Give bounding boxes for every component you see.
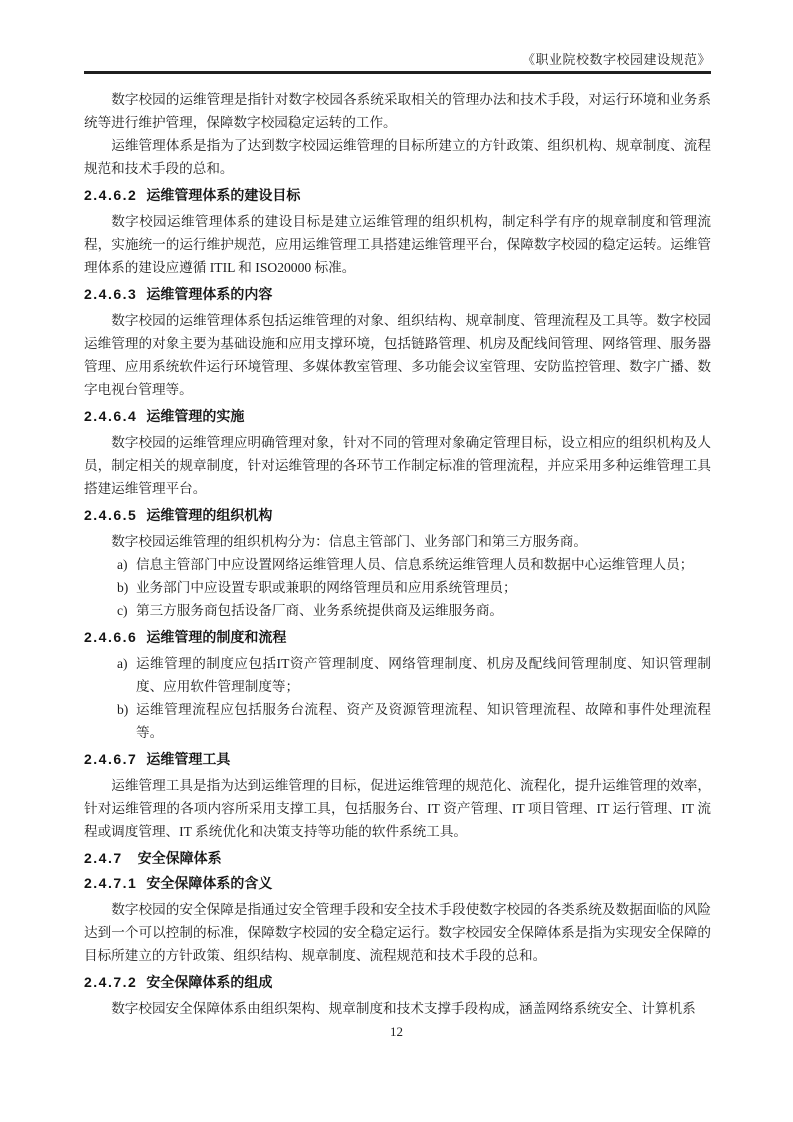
document-page: 《职业院校数字校园建设规范》 数字校园的运维管理是指针对数字校园各系统采取相关的…	[0, 0, 793, 1122]
section-heading-2-4-7-2: 2.4.7.2安全保障体系的组成	[84, 972, 711, 992]
heading-title: 运维管理的制度和流程	[146, 629, 286, 645]
page-header: 《职业院校数字校园建设规范》	[84, 52, 711, 74]
section-heading-2-4-6-7: 2.4.6.7运维管理工具	[84, 749, 711, 769]
paragraph: 数字校园运维管理的组织机构分为：信息主管部门、业务部门和第三方服务商。	[84, 530, 711, 553]
heading-number: 2.4.6.5	[84, 507, 137, 523]
heading-title: 运维管理工具	[146, 751, 230, 767]
paragraph: 数字校园的运维管理体系包括运维管理的对象、组织结构、规章制度、管理流程及工具等。…	[84, 309, 711, 401]
page-footer: 12	[0, 1024, 793, 1040]
heading-number: 2.4.7	[84, 850, 123, 866]
section-heading-2-4-6-3: 2.4.6.3运维管理体系的内容	[84, 284, 711, 304]
heading-number: 2.4.6.7	[84, 751, 137, 767]
list-marker: a)	[117, 652, 136, 698]
heading-number: 2.4.6.6	[84, 629, 137, 645]
heading-title: 运维管理体系的建设目标	[146, 187, 300, 203]
list-marker: a)	[117, 553, 136, 576]
heading-number: 2.4.6.2	[84, 187, 137, 203]
ordered-letter-list: a)运维管理的制度应包括IT资产管理制度、网络管理制度、机房及配线间管理制度、知…	[117, 652, 711, 744]
heading-title: 安全保障体系的含义	[146, 875, 272, 891]
paragraph: 数字校园的安全保障是指通过安全管理手段和安全技术手段使数字校园的各类系统及数据面…	[84, 898, 711, 967]
heading-title: 安全保障体系的组成	[146, 974, 272, 990]
ordered-letter-list: a)信息主管部门中应设置网络运维管理人员、信息系统运维管理人员和数据中心运维管理…	[117, 553, 711, 622]
paragraph: 数字校园的运维管理应明确管理对象，针对不同的管理对象确定管理目标，设立相应的组织…	[84, 431, 711, 500]
list-text: 信息主管部门中应设置网络运维管理人员、信息系统运维管理人员和数据中心运维管理人员…	[136, 553, 711, 576]
heading-title: 运维管理体系的内容	[146, 286, 272, 302]
list-item: a)信息主管部门中应设置网络运维管理人员、信息系统运维管理人员和数据中心运维管理…	[117, 553, 711, 576]
heading-title: 运维管理的组织机构	[146, 507, 272, 523]
header-rule-divider	[84, 71, 711, 74]
header-title: 《职业院校数字校园建设规范》	[84, 52, 711, 68]
list-item: a)运维管理的制度应包括IT资产管理制度、网络管理制度、机房及配线间管理制度、知…	[117, 652, 711, 698]
section-heading-2-4-6-5: 2.4.6.5运维管理的组织机构	[84, 505, 711, 525]
section-heading-2-4-7: 2.4.7安全保障体系	[84, 848, 711, 868]
list-marker: b)	[117, 576, 136, 599]
heading-number: 2.4.6.3	[84, 286, 137, 302]
list-item: b)业务部门中应设置专职或兼职的网络管理员和应用系统管理员；	[117, 576, 711, 599]
heading-title: 安全保障体系	[138, 850, 222, 866]
section-heading-2-4-6-4: 2.4.6.4运维管理的实施	[84, 406, 711, 426]
paragraph: 数字校园运维管理体系的建设目标是建立运维管理的组织机构，制定科学有序的规章制度和…	[84, 210, 711, 279]
paragraph-intro-1: 数字校园的运维管理是指针对数字校园各系统采取相关的管理办法和技术手段，对运行环境…	[84, 88, 711, 134]
section-heading-2-4-7-1: 2.4.7.1安全保障体系的含义	[84, 873, 711, 893]
list-item: c)第三方服务商包括设备厂商、业务系统提供商及运维服务商。	[117, 599, 711, 622]
list-text: 业务部门中应设置专职或兼职的网络管理员和应用系统管理员；	[136, 576, 711, 599]
heading-number: 2.4.7.2	[84, 974, 137, 990]
paragraph: 数字校园安全保障体系由组织架构、规章制度和技术支撑手段构成，涵盖网络系统安全、计…	[84, 997, 711, 1020]
list-marker: c)	[117, 599, 136, 622]
list-item: b)运维管理流程应包括服务台流程、资产及资源管理流程、知识管理流程、故障和事件处…	[117, 698, 711, 744]
paragraph: 运维管理工具是指为达到运维管理的目标，促进运维管理的规范化、流程化，提升运维管理…	[84, 774, 711, 843]
heading-title: 运维管理的实施	[146, 408, 244, 424]
document-body: 数字校园的运维管理是指针对数字校园各系统采取相关的管理办法和技术手段，对运行环境…	[84, 88, 711, 1020]
section-heading-2-4-6-2: 2.4.6.2运维管理体系的建设目标	[84, 185, 711, 205]
list-text: 第三方服务商包括设备厂商、业务系统提供商及运维服务商。	[136, 599, 711, 622]
list-text: 运维管理的制度应包括IT资产管理制度、网络管理制度、机房及配线间管理制度、知识管…	[136, 652, 711, 698]
list-text: 运维管理流程应包括服务台流程、资产及资源管理流程、知识管理流程、故障和事件处理流…	[136, 698, 711, 744]
page-number: 12	[390, 1024, 403, 1039]
paragraph-intro-2: 运维管理体系是指为了达到数字校园运维管理的目标所建立的方针政策、组织机构、规章制…	[84, 134, 711, 180]
section-heading-2-4-6-6: 2.4.6.6运维管理的制度和流程	[84, 627, 711, 647]
heading-number: 2.4.6.4	[84, 408, 137, 424]
heading-number: 2.4.7.1	[84, 875, 137, 891]
list-marker: b)	[117, 698, 136, 744]
